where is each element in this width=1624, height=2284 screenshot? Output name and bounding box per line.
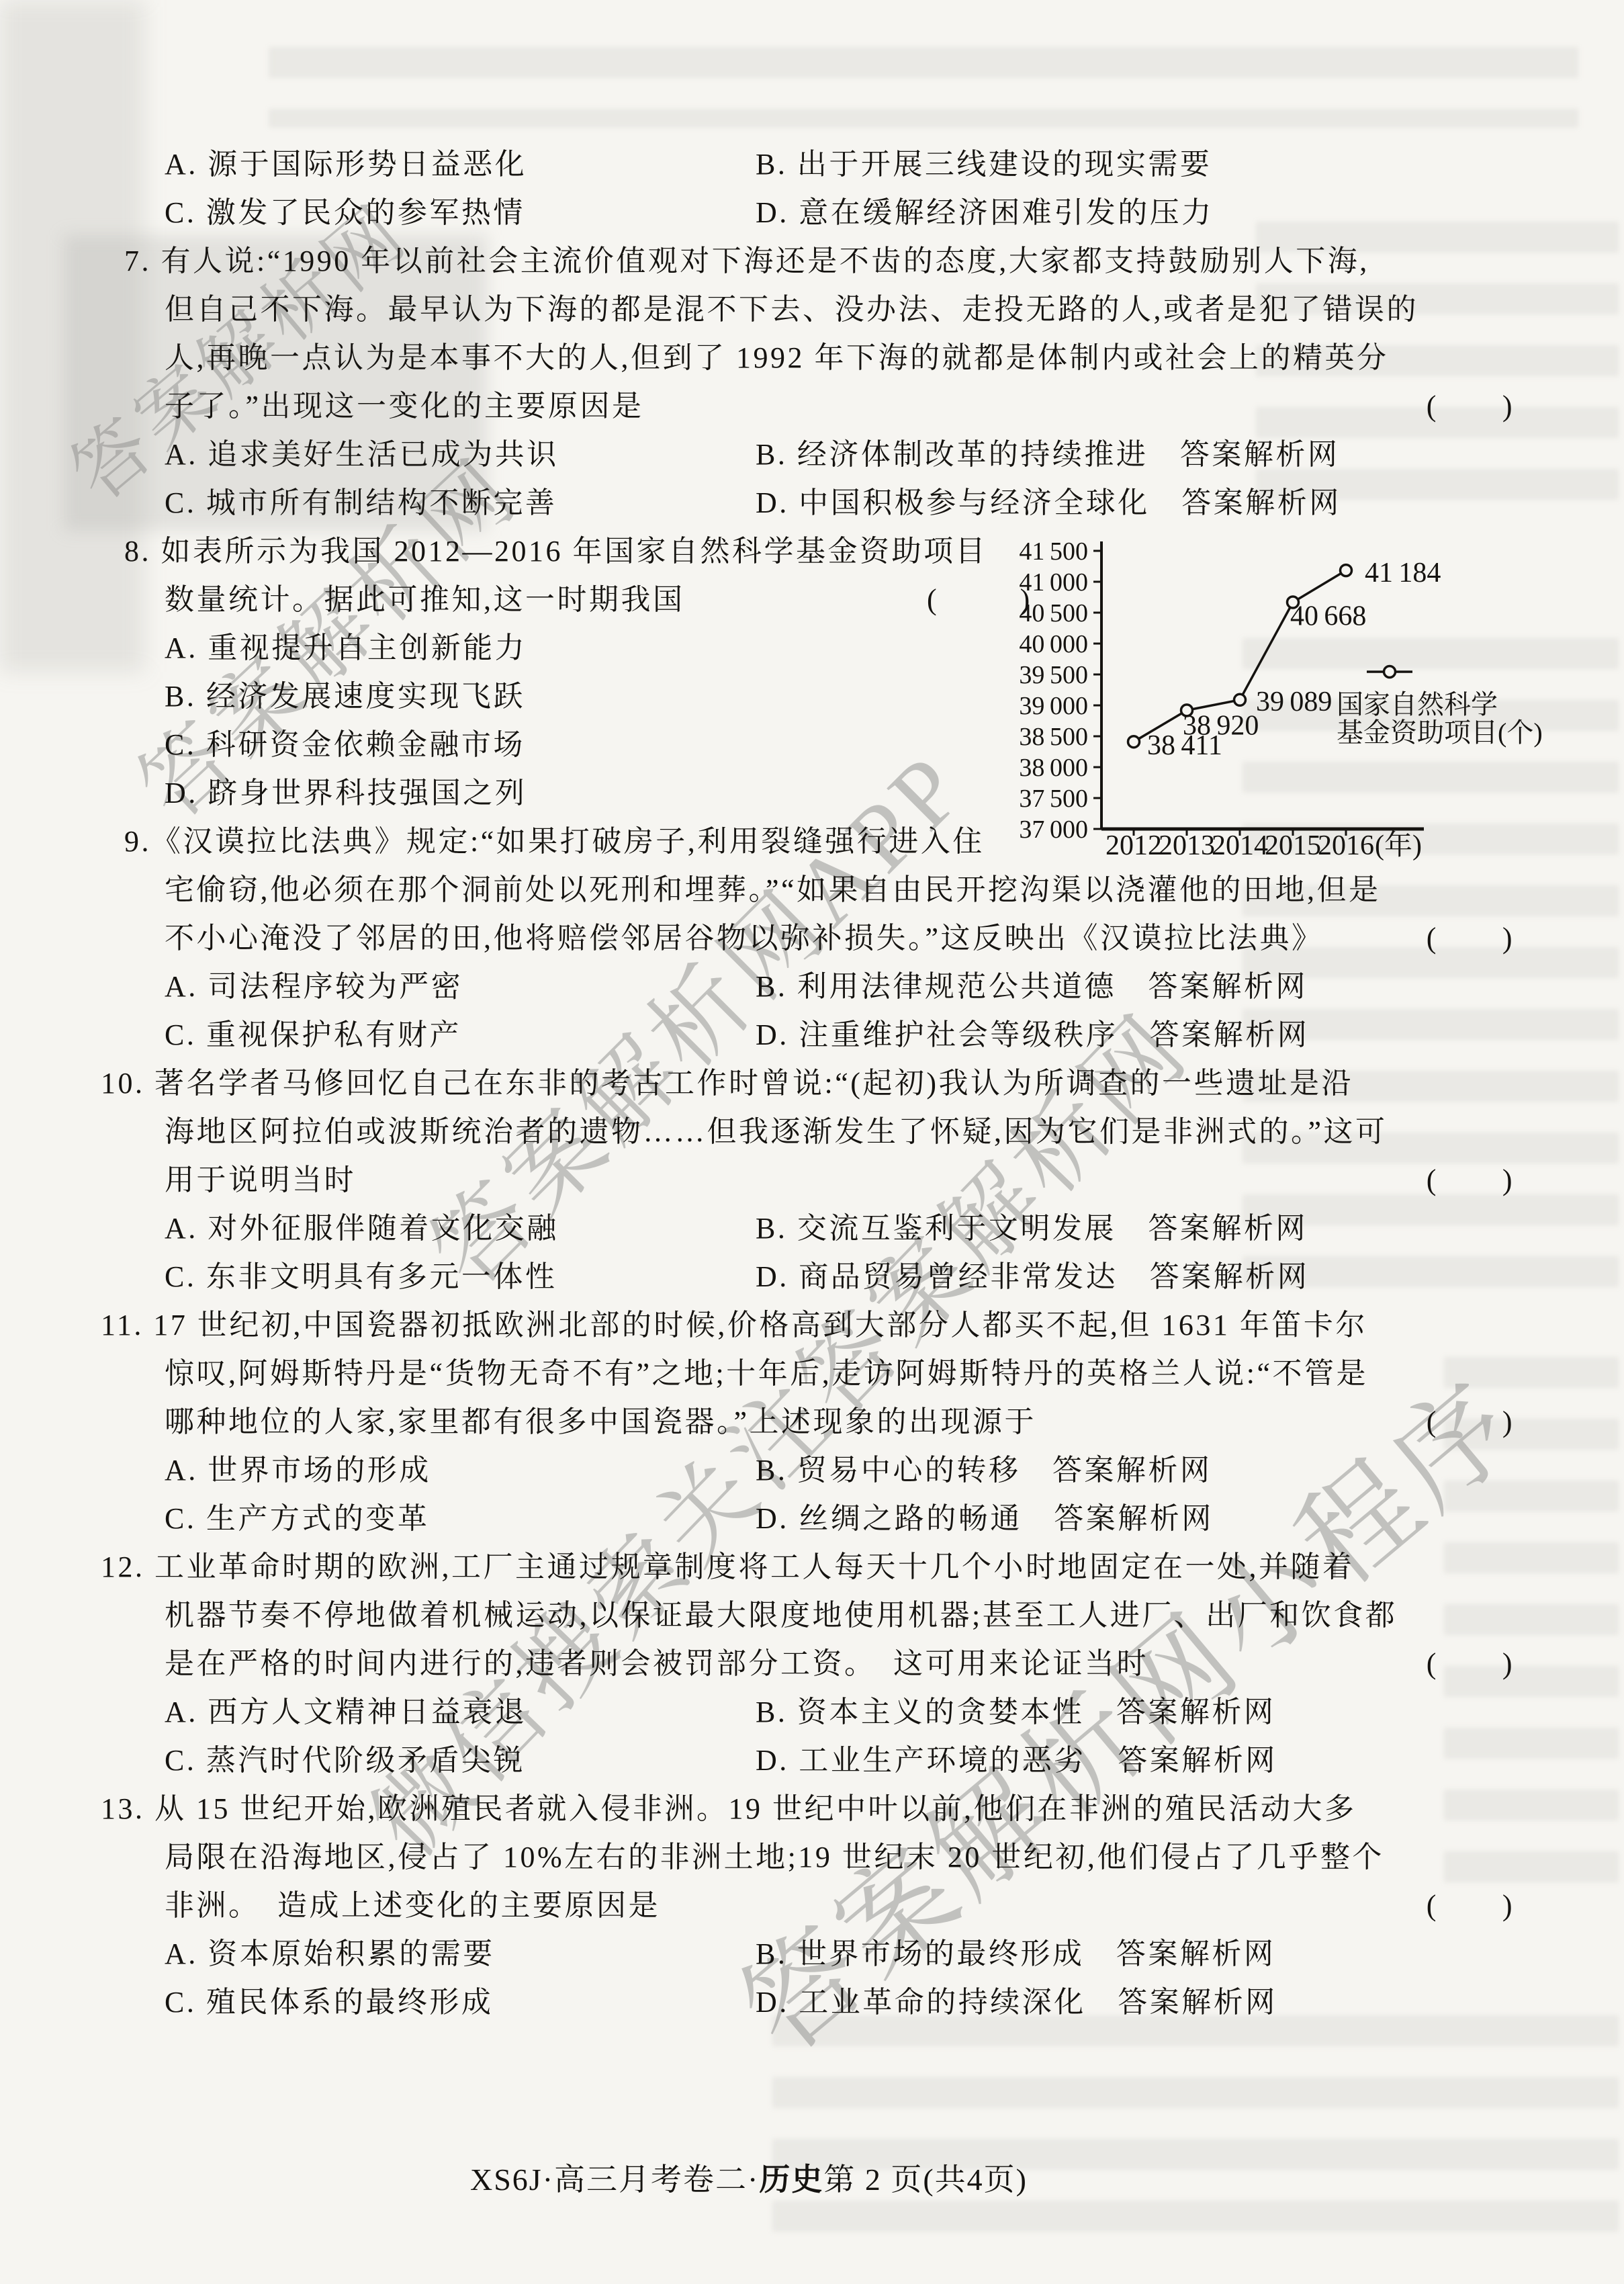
- q7-option-b: B. 经济体制改革的持续推进 答案解析网: [756, 431, 1339, 478]
- q9-option-b: B. 利用法律规范公共道德 答案解析网: [756, 963, 1308, 1010]
- q9-bracket: ( ): [1427, 915, 1515, 962]
- y-tick-label: 38 500: [1019, 723, 1088, 751]
- q8-line-1: 8. 如表所示为我国 2012—2016 年国家自然科学基金资助项目: [124, 528, 987, 575]
- q7-line-1: 7. 有人说:“1990 年以前社会主流价值观对下海还是不齿的态度,大家都支持鼓…: [124, 238, 1369, 285]
- q10-option-a: A. 对外征服伴随着文化交融: [165, 1205, 559, 1252]
- q11-option-d: D. 丝绸之路的畅通 答案解析网: [756, 1495, 1214, 1542]
- q13-bracket: ( ): [1427, 1882, 1515, 1929]
- q11-option-a: A. 世界市场的形成: [165, 1447, 431, 1494]
- q7-option-a: A. 追求美好生活已成为共识: [165, 431, 559, 478]
- q11-line-3: 哪种地位的人家,家里都有很多中国瓷器。”上述现象的出现源于: [165, 1399, 1036, 1446]
- legend-marker-point: [1384, 666, 1396, 678]
- x-tick-label: 2014: [1212, 830, 1268, 861]
- q13-option-c: C. 殖民体系的最终形成: [165, 1979, 493, 2026]
- x-tick-label: 2016: [1318, 830, 1374, 861]
- funding-line-chart: 37 00037 50038 00038 50039 00039 50040 0…: [1001, 477, 1624, 920]
- y-tick-label: 41 000: [1019, 568, 1088, 597]
- q10-line-1: 10. 著名学者马修回忆自己在东非的考古工作时曾说:“(起初)我认为所调查的一些…: [101, 1060, 1353, 1107]
- q8-option-d: D. 跻身世界科技强国之列: [165, 770, 527, 817]
- exam-page: 答案解析网答案解析网答案解析网APP微信搜索关注答案解析网答案解析网小程序 A.…: [0, 0, 1624, 2284]
- q9-line-3: 不小心淹没了邻居的田,他将赔偿邻居谷物以弥补损失。”这反映出《汉谟拉比法典》: [165, 915, 1324, 962]
- q10-option-b: B. 交流互鉴利于文明发展 答案解析网: [756, 1205, 1308, 1252]
- q11-line-2: 惊叹,阿姆斯特丹是“货物无奇不有”之地;十年后,走访阿姆斯特丹的英格兰人说:“不…: [165, 1350, 1368, 1397]
- data-label: 41 184: [1365, 558, 1441, 588]
- y-tick-label: 38 000: [1019, 754, 1088, 782]
- q11-bracket: ( ): [1427, 1399, 1515, 1446]
- q12-line-2: 机器节奏不停地做着机械运动,以保证最大限度地使用机器;甚至工人进厂、出厂和饮食都: [165, 1592, 1397, 1639]
- q13-line-2: 局限在沿海地区,侵占了 10%左右的非洲土地;19 世纪末 20 世纪初,他们侵…: [165, 1834, 1384, 1881]
- y-tick-label: 41 500: [1019, 537, 1088, 566]
- q8-line-2: 数量统计。据此可推知,这一时期我国: [165, 576, 685, 623]
- x-tick-label: 2013: [1159, 830, 1215, 861]
- q6-option-c: C. 激发了民众的参军热情: [165, 189, 525, 236]
- q12-line-3: 是在严格的时间内进行的,违者则会被罚部分工资。 这可用来论证当时: [165, 1640, 1148, 1687]
- data-point: [1341, 565, 1352, 576]
- q12-line-1: 12. 工业革命时期的欧洲,工厂主通过规章制度将工人每天十几个小时地固定在一处,…: [101, 1544, 1355, 1591]
- q12-bracket: ( ): [1427, 1640, 1515, 1687]
- x-tick-label: 2012: [1106, 830, 1162, 861]
- data-point: [1128, 736, 1140, 748]
- data-point: [1234, 694, 1246, 705]
- page-footer-part-2: 第 2 页(共4页): [823, 2162, 1028, 2197]
- data-label: 40 668: [1290, 601, 1366, 632]
- q9-line-1: 9.《汉谟拉比法典》规定:“如果打破房子,利用裂缝强行进入住: [124, 818, 985, 865]
- q13-line-1: 13. 从 15 世纪开始,欧洲殖民者就入侵非洲。19 世纪中叶以前,他们在非洲…: [101, 1786, 1357, 1833]
- y-tick-label: 39 500: [1019, 661, 1088, 689]
- q8-option-a: A. 重视提升自主创新能力: [165, 625, 527, 672]
- page-footer-part-0: XS6J·高三月考卷二·: [470, 2162, 759, 2197]
- q9-option-d: D. 注重维护社会等级秩序 答案解析网: [756, 1012, 1309, 1059]
- x-tick-label: 2015: [1265, 830, 1321, 861]
- q13-option-a: A. 资本原始积累的需要: [165, 1931, 495, 1978]
- q11-option-b: B. 贸易中心的转移 答案解析网: [756, 1447, 1212, 1494]
- q12-option-b: B. 资本主义的贪婪本性 答案解析网: [756, 1689, 1275, 1736]
- q7-line-3: 人,再晚一点认为是本事不大的人,但到了 1992 年下海的就都是体制内或社会上的…: [165, 335, 1389, 382]
- q7-bracket: ( ): [1427, 383, 1515, 430]
- q10-option-c: C. 东非文明具有多元一体性: [165, 1254, 557, 1301]
- q6-option-d: D. 意在缓解经济困难引发的压力: [756, 189, 1214, 236]
- q13-option-d: D. 工业革命的持续深化 答案解析网: [756, 1979, 1277, 2026]
- q13-line-3: 非洲。 造成上述变化的主要原因是: [165, 1882, 660, 1929]
- y-tick-label: 37 500: [1019, 785, 1088, 813]
- y-tick-label: 39 000: [1019, 692, 1088, 720]
- q10-line-2: 海地区阿拉伯或波斯统治者的遗物……但我逐渐发生了怀疑,因为它们是非洲式的。”这可: [165, 1108, 1388, 1155]
- q7-option-c: C. 城市所有制结构不断完善: [165, 480, 557, 527]
- q7-line-2: 但自己不下海。最早认为下海的都是混不下去、没办法、走投无路的人,或者是犯了错误的: [165, 286, 1418, 333]
- q13-option-b: B. 世界市场的最终形成 答案解析网: [756, 1931, 1275, 1978]
- q7-line-4: 子了。”出现这一变化的主要原因是: [165, 383, 644, 430]
- text-layer: A. 源于国际形势日益恶化B. 出于开展三线建设的现实需要C. 激发了民众的参军…: [0, 0, 1624, 2284]
- legend-label-line-2: 基金资助项目(个): [1337, 717, 1543, 748]
- page-footer-part-1: 历史: [759, 2162, 823, 2197]
- q9-option-a: A. 司法程序较为严密: [165, 963, 463, 1010]
- q6-option-a: A. 源于国际形势日益恶化: [165, 141, 527, 188]
- q8-option-b: B. 经济发展速度实现飞跃: [165, 673, 525, 720]
- q12-option-d: D. 工业生产环境的恶劣 答案解析网: [756, 1737, 1277, 1784]
- q10-option-d: D. 商品贸易曾经非常发达 答案解析网: [756, 1254, 1309, 1301]
- page-footer: XS6J·高三月考卷二·历史第 2 页(共4页): [470, 2156, 1028, 2203]
- y-tick-label: 40 500: [1019, 599, 1088, 627]
- q8-option-c: C. 科研资金依赖金融市场: [165, 721, 525, 768]
- q6-option-b: B. 出于开展三线建设的现实需要: [756, 141, 1212, 188]
- q11-option-c: C. 生产方式的变革: [165, 1495, 429, 1542]
- y-tick-label: 37 000: [1019, 816, 1088, 844]
- q12-option-c: C. 蒸汽时代阶级矛盾尖锐: [165, 1737, 525, 1784]
- legend-label-line-1: 国家自然科学: [1337, 689, 1498, 719]
- q10-line-3: 用于说明当时: [165, 1157, 356, 1204]
- data-label: 39 089: [1256, 687, 1332, 717]
- data-label: 38 920: [1183, 710, 1259, 741]
- y-tick-label: 40 000: [1019, 630, 1088, 658]
- q10-bracket: ( ): [1427, 1157, 1515, 1204]
- q12-option-a: A. 西方人文精神日益衰退: [165, 1689, 527, 1736]
- x-axis-unit: (年): [1375, 830, 1422, 861]
- q11-line-1: 11. 17 世纪初,中国瓷器初抵欧洲北部的时候,价格高到大部分人都买不起,但 …: [101, 1302, 1367, 1349]
- q9-option-c: C. 重视保护私有财产: [165, 1012, 461, 1059]
